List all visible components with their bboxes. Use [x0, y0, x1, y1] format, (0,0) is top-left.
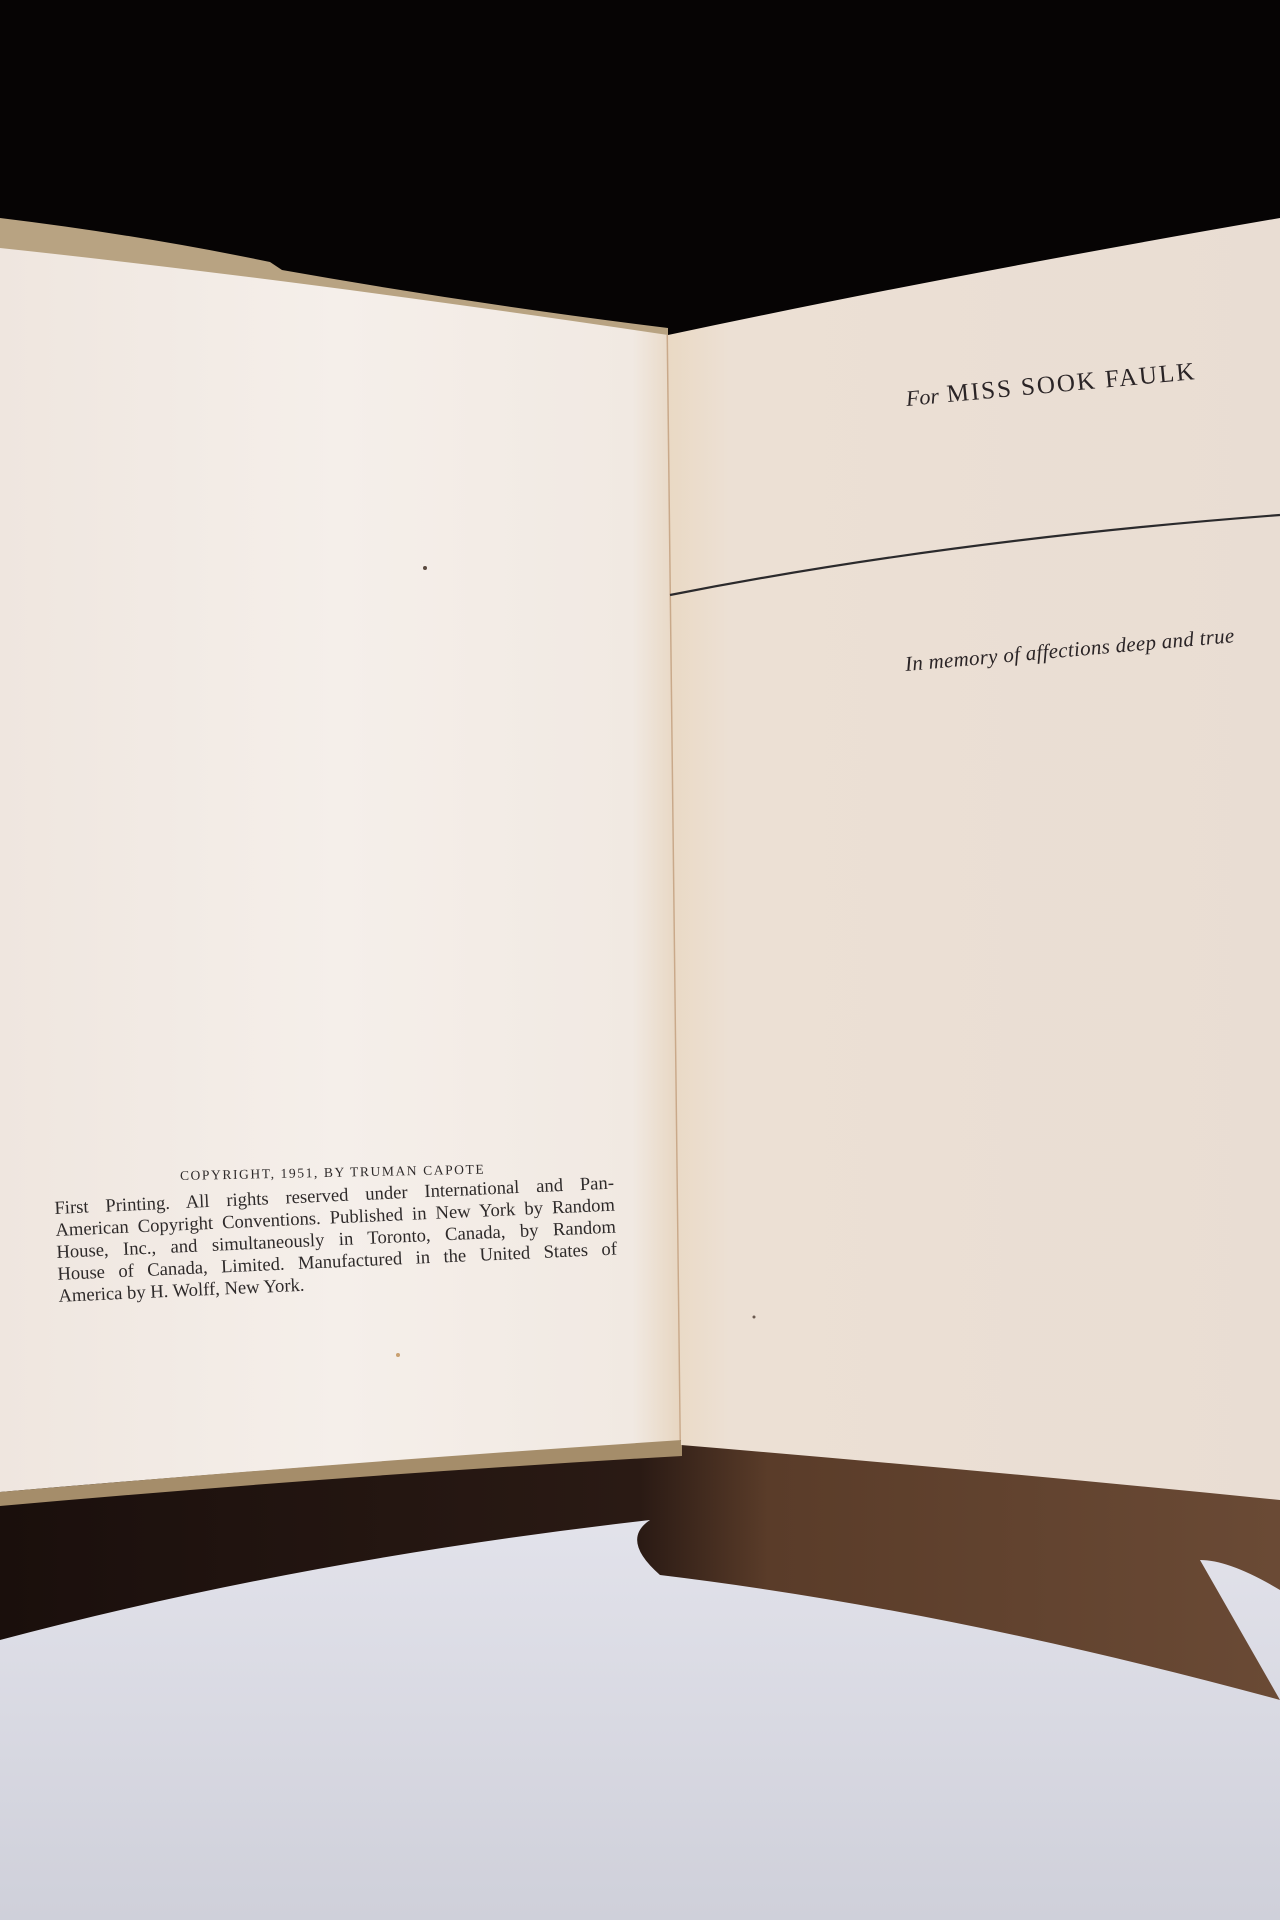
book-spread-graphic — [0, 0, 1280, 1920]
right-page — [668, 218, 1280, 1500]
book-photo: ForMISS SOOK FAULK In memory of affectio… — [0, 0, 1280, 1920]
dedication-prefix: For — [905, 383, 940, 411]
